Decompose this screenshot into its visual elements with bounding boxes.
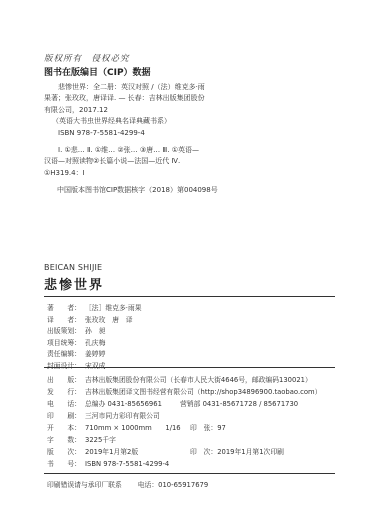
credit-author: 著 者：［法］维克多·雨果 (47, 302, 142, 312)
credit-value: ［法］维克多·雨果 (85, 304, 142, 312)
credit-cover-designer: 封面设计：宋双成 (47, 360, 105, 370)
credit-value: 孙 昶 (85, 327, 105, 335)
info-label: 版 次： (47, 446, 85, 456)
cip-record-line: 果著；张玫玫，唐译译. — 长春：吉林出版集团股份 (44, 93, 224, 104)
copyright-notice: 版权所有 侵权必究 (44, 52, 130, 64)
info-value: 吉林出版集团译文图书经营有限公司（http://shop34896900.tao… (85, 388, 321, 396)
cip-classification-line: Ⅰ. ①悲… Ⅱ. ①维… ②张… ③唐… Ⅲ. ①英语— (44, 145, 224, 156)
edition-row: 版 次：2019年1月第2版 印 次：2019年1月第1次印刷 (47, 446, 138, 456)
credit-label: 出版策划： (47, 325, 85, 335)
cip-classification-line: 汉语—对照读物②长篇小说—法国—近代 Ⅳ. (44, 156, 224, 167)
credit-label: 译 者： (47, 314, 85, 324)
info-label: 开 本： (47, 422, 85, 432)
info-value: 710mm × 1000mm 1/16 (85, 424, 181, 432)
credit-label: 项目统筹： (47, 337, 85, 347)
info-value: 0431-85671728 / 85671730 (203, 400, 299, 408)
info-value: 吉林出版集团股份有限公司（长春市人民大街4646号，邮政编码130021） (85, 376, 312, 384)
book-number-row: 书 号：ISBN 978-7-5581-4299-4 (47, 458, 169, 468)
distributor-row: 发 行：吉林出版集团译文图书经营有限公司（http://shop34896900… (47, 386, 321, 396)
info-value: 2019年1月第1次印刷 (217, 448, 284, 456)
info-value: ISBN 978-7-5581-4299-4 (85, 460, 169, 468)
credit-coordinator: 项目统筹：孔庆梅 (47, 337, 105, 347)
footer-phone: 电话：010-65917679 (138, 481, 208, 489)
info-value: 97 (217, 424, 226, 432)
cip-isbn: ISBN 978-7-5581-4299-4 (44, 128, 224, 139)
pinyin-title: BEICAN SHIJIE (44, 263, 102, 272)
format-row: 开 本：710mm × 1000mm 1/16 印 张：97 (47, 422, 181, 432)
info-label: 电 话： (47, 398, 85, 408)
info-label: 印 次： (190, 448, 217, 456)
info-label: 字 数： (47, 434, 85, 444)
footer-notice: 印刷错误请与承印厂联系 (47, 481, 122, 489)
publisher-row: 出 版：吉林出版集团股份有限公司（长春市人民大街4646号，邮政编码130021… (47, 374, 312, 384)
cip-heading: 图书在版编目（CIP）数据 (44, 65, 151, 78)
credit-editor: 责任编辑：姜婷婷 (47, 348, 105, 358)
divider (44, 367, 335, 368)
info-value: 3225千字 (85, 436, 116, 444)
credit-value: 宋双成 (85, 362, 105, 370)
divider (44, 296, 335, 297)
cip-record-line: 有限公司，2017.12 (44, 105, 224, 116)
credit-planner: 出版策划：孙 昶 (47, 325, 105, 335)
credit-value: 孔庆梅 (85, 339, 105, 347)
info-label: 出 版： (47, 374, 85, 384)
printer-row: 印 刷：三河市同力彩印有限公司 (47, 410, 160, 420)
credit-label: 封面设计： (47, 360, 85, 370)
credit-value: 姜婷婷 (85, 350, 105, 358)
credit-translator: 译 者：张玫玫 唐 译 (47, 314, 133, 324)
info-value: 三河市同力彩印有限公司 (85, 412, 160, 420)
footer: 印刷错误请与承印厂联系电话：010-65917679 (47, 479, 208, 489)
credit-label: 著 者： (47, 302, 85, 312)
divider (44, 473, 335, 474)
info-value: 2019年1月第2版 (85, 448, 138, 456)
book-title: 悲惨世界 (44, 274, 104, 293)
info-label: 印 张： (190, 424, 217, 432)
info-label: 营销部 (180, 400, 200, 408)
cip-classification-line: ①H319.4：Ⅰ (44, 168, 224, 179)
info-label: 印 刷： (47, 410, 85, 420)
info-label: 书 号： (47, 458, 85, 468)
word-count-row: 字 数：3225千字 (47, 434, 116, 444)
cip-record: 悲惨世界：全二册：英汉对照 /（法）维克多·雨 果著；张玫玫，唐译译. — 长春… (44, 82, 224, 179)
cip-series: （英语大书虫世界经典名译典藏书系） (44, 116, 224, 127)
credit-value: 张玫玫 唐 译 (85, 316, 133, 324)
cip-number: 中国版本图书馆CIP数据核字（2018）第004098号 (57, 185, 218, 195)
credit-label: 责任编辑： (47, 348, 85, 358)
cip-record-line: 悲惨世界：全二册：英汉对照 /（法）维克多·雨 (44, 82, 224, 93)
info-value: 总编办 0431-85656961 (85, 400, 162, 408)
phone-row: 电 话：总编办 0431-85656961 营销部 0431-85671728 … (47, 398, 162, 408)
info-label: 发 行： (47, 386, 85, 396)
